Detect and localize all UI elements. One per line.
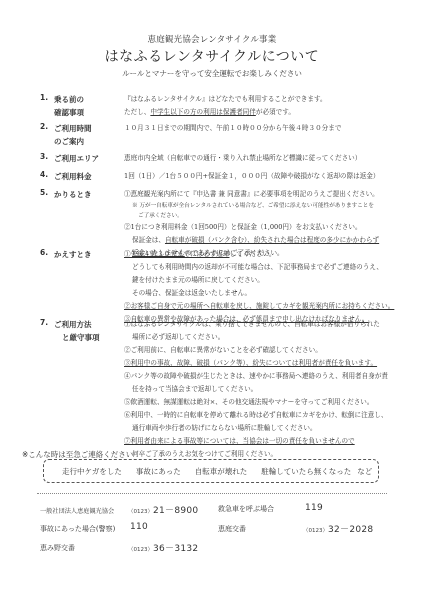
page-title: はなふるレンタサイクルについて	[0, 46, 424, 66]
contact-police-number: 110	[130, 522, 148, 532]
contact-ambulance-number: 119	[305, 503, 323, 513]
section-label: ご利用エリア	[54, 152, 122, 165]
contact-eminono-koban: 恵み野交番	[40, 543, 75, 553]
section-number: 1.	[40, 93, 48, 102]
situation-item: など	[357, 466, 372, 477]
divider	[37, 493, 387, 494]
section-label: ご利用料金	[54, 170, 122, 183]
section-label: かえすとき	[54, 248, 122, 261]
section-returning: 6. かえすとき ①午後４時３０分までには必ず返却してください。 どうしても利用…	[40, 248, 410, 328]
contact-tourism-association-number: （0123）21－8900	[128, 503, 198, 516]
section-number: 4.	[40, 170, 48, 179]
contact-police: 事故にあった場合(警察)	[40, 524, 115, 534]
contact-eminono-koban-number: （0123）36－3132	[128, 541, 198, 554]
section-borrowing: 5. かりるとき ①恵庭観光案内所にて『申込書 兼 同意書』に必要事項を明記のう…	[40, 188, 410, 254]
contact-eniwa-koban-number: （0123）32－2028	[303, 522, 373, 535]
section-number: 2.	[40, 122, 48, 131]
section-number: 5.	[40, 188, 48, 197]
page-subtitle: ルールとマナーを守って安全運転でお楽しみください	[0, 68, 424, 79]
section-label: ご利用方法 と厳守事項	[54, 318, 122, 344]
organization-heading: 恵庭観光協会レンタサイクル事業	[0, 33, 424, 45]
section-label: 乗る前の 確認事項	[54, 93, 122, 119]
section-body: ①はなふるレンタサイクルは、乗り捨てできませんので、自転車はお客様が借りられた …	[124, 318, 414, 461]
section-body: 1回（1日）／1台５００円+保証金１，０００円（故障や破損がなく返却の際は返金）	[124, 170, 414, 183]
contact-ambulance: 救急車を呼ぶ場合	[218, 504, 274, 514]
section-number: 3.	[40, 152, 48, 161]
section-before-riding: 1. 乗る前の 確認事項 『はなふるレンタサイクル』はどなたでも利用することがで…	[40, 93, 410, 119]
contact-tourism-association: 一般社団法人恵庭観光協会	[40, 506, 114, 515]
section-usage-rules: 7. ご利用方法 と厳守事項 ①はなふるレンタサイクルは、乗り捨てできませんので…	[40, 318, 410, 463]
situation-item: 自転車が壊れた	[195, 466, 248, 477]
section-body: １０月３１日までの期間内で、午前１０時００分から午後４時３０分まで	[124, 122, 414, 135]
section-number: 7.	[40, 318, 48, 327]
contact-eniwa-koban: 恵庭交番	[218, 524, 246, 534]
section-body: 『はなふるレンタサイクル』はどなたでも利用することができます。 ただし、中学生以…	[124, 93, 414, 119]
situation-item: 駐輪していたら無くなった	[261, 466, 351, 477]
section-label: ご利用時間 のご案内	[54, 122, 122, 148]
urgent-situations-box: 走行中ケガをした 事故にあった 自転車が壊れた 駐輪していたら無くなった など	[43, 459, 379, 483]
section-body: 恵庭市内全域（自転車での通行・乗り入れ禁止場所など標識に従ってください）	[124, 152, 414, 165]
section-number: 6.	[40, 248, 48, 257]
rental-cycle-notice-page: 恵庭観光協会レンタサイクル事業 はなふるレンタサイクルについて ルールとマナーを…	[0, 0, 424, 600]
section-hours: 2. ご利用時間 のご案内 １０月３１日までの期間内で、午前１０時００分から午後…	[40, 122, 410, 148]
section-body: ①午後４時３０分までには必ず返却してください。 どうしても利用時間内の返却が不可…	[124, 248, 414, 326]
section-area: 3. ご利用エリア 恵庭市内全域（自転車での通行・乗り入れ禁止場所など標識に従っ…	[40, 152, 410, 165]
section-fee: 4. ご利用料金 1回（1日）／1台５００円+保証金１，０００円（故障や破損がな…	[40, 170, 410, 183]
situation-item: 事故にあった	[136, 466, 181, 477]
situation-item: 走行中ケガをした	[62, 466, 122, 477]
section-label: かりるとき	[54, 188, 122, 201]
